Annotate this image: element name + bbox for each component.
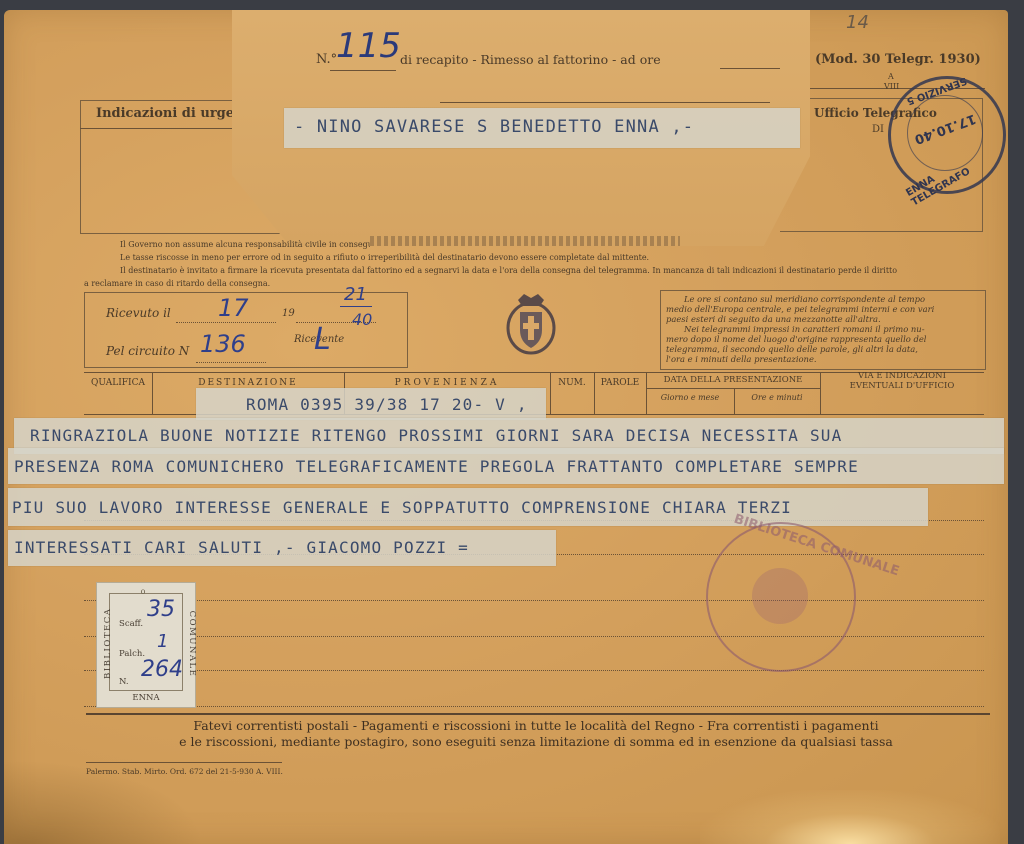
flap-perforation [370,236,680,246]
printer-imprint: Palermo. Stab. Mirto. Ord. 672 del 21-5-… [86,767,283,776]
time-note: Le ore si contano sul meridiano corrispo… [666,294,984,364]
header-eventuali-ufficio: EVENTUALI D'UFFICIO [820,381,984,391]
footer-line-1: Fatevi correntisti postali - Pagamenti e… [96,718,976,733]
table-subheader-line [646,388,820,389]
office-sub: DI [872,124,884,135]
time-note-line: mero dopo il nome del luogo d'origine ra… [666,334,984,344]
n-label: N. [119,677,129,687]
urgency-label: Indicazioni di urge [96,106,234,121]
label-city: ENNA [97,693,195,703]
library-shelf-label: o BIBLIOTECA COMUNALE Scaff. 35 Palch. 1… [96,582,196,708]
recapito-prefix: N.° [316,52,337,67]
scaff-label: Scaff. [119,619,143,629]
footer-line-2: e le riscossioni, mediante postagiro, so… [96,734,976,749]
recapito-text: di recapito - Rimesso al fattorino - ad … [400,52,661,67]
year-prefix: 19 [282,308,295,319]
recapito-number-underline [330,70,396,71]
scaff-value: 35 [147,597,175,622]
header-num: NUM. [550,378,594,388]
header-provenienza: PROVENIENZA [344,378,550,388]
message-area-bottom-rule [86,713,990,715]
ricevente-signature: L [314,322,331,357]
model-sub-bottom: VIII [884,82,899,91]
header-giorno-mese: Giorno e mese [646,393,734,402]
origin-tape: ROMA 0395 39/38 17 20- V , [196,388,546,420]
label-right-vertical: COMUNALE [187,609,197,679]
n-value: 264 [141,657,183,682]
model-label: (Mod. 30 Telegr. 1930) [815,52,981,67]
header-data-presentazione: DATA DELLA PRESENTAZIONE [646,375,820,385]
address-tape: - NINO SAVARESE S BENEDETTO ENNA ,- [284,108,800,148]
ore-fraction-line [340,306,372,307]
header-parole: PAROLE [594,378,646,388]
postmark-stamp: SERVIZIO 5 17.10.40 ENNA TELEGRAFO [888,76,1006,194]
message-line [84,636,984,637]
message-tape-4: INTERESSATI CARI SALUTI ,- GIACOMO POZZI… [8,530,556,566]
paper-glare [700,790,1000,844]
recapito-number: 115 [336,26,401,66]
label-top-ornament: o [137,587,149,595]
notice-1: Il Governo non assume alcuna responsabil… [120,238,370,251]
coat-of-arms-emblem [504,292,558,358]
header-destinazione: DESTINAZIONE [152,378,344,388]
time-note-line: l'ora e i minuti della presentazione. [666,354,984,364]
message-line [84,706,984,707]
circuito-line [196,362,266,363]
handwritten-top-right: 14 [846,12,869,33]
time-note-line: Le ore si contano sul meridiano corrispo… [666,294,984,304]
notice-4: a reclamare in caso di ritardo della con… [84,277,270,290]
ricevuto-label: Ricevuto il [106,306,171,320]
printer-rule [86,762,282,763]
library-stamp: BIBLIOTECA COMUNALE [706,522,856,672]
notice-3: Il destinatario è invitato a firmare la … [120,264,897,277]
label-left-vertical: BIBLIOTECA [103,609,113,679]
message-tape-3: PIU SUO LAVORO INTERESSE GENERALE E SOPP… [8,488,928,526]
flap-line [440,102,770,103]
time-note-line: medio dell'Europa centrale, e pei telegr… [666,304,984,314]
time-note-line: Nei telegrammi impressi in caratteri rom… [666,324,984,334]
header-qualifica: QUALIFICA [84,378,152,388]
time-note-line: telegramma, il secondo quello delle paro… [666,344,984,354]
ricevuto-day: 17 [218,294,249,322]
header-via-indicazioni: VIA E INDICAZIONI [820,371,984,381]
message-line [84,670,984,671]
notice-2: Le tasse riscosse in meno per errore od … [120,251,649,264]
model-sub-top: A [888,72,894,81]
message-tape-2: PRESENZA ROMA COMUNICHERO TELEGRAFICAMEN… [8,448,1004,484]
time-note-line: paesi esteri di seguito da una mezzanott… [666,314,984,324]
library-stamp-emblem [752,568,808,624]
ricevuto-line [176,322,276,323]
ore-blank-line [720,68,780,69]
circuito-value: 136 [200,330,246,358]
ore-value: 21 [344,284,367,305]
header-ore-minuti: Ore e minuti [734,393,820,402]
circuito-label: Pel circuito N [106,344,189,358]
palch-value: 1 [157,631,168,652]
minutes-value: 40 [352,310,372,329]
